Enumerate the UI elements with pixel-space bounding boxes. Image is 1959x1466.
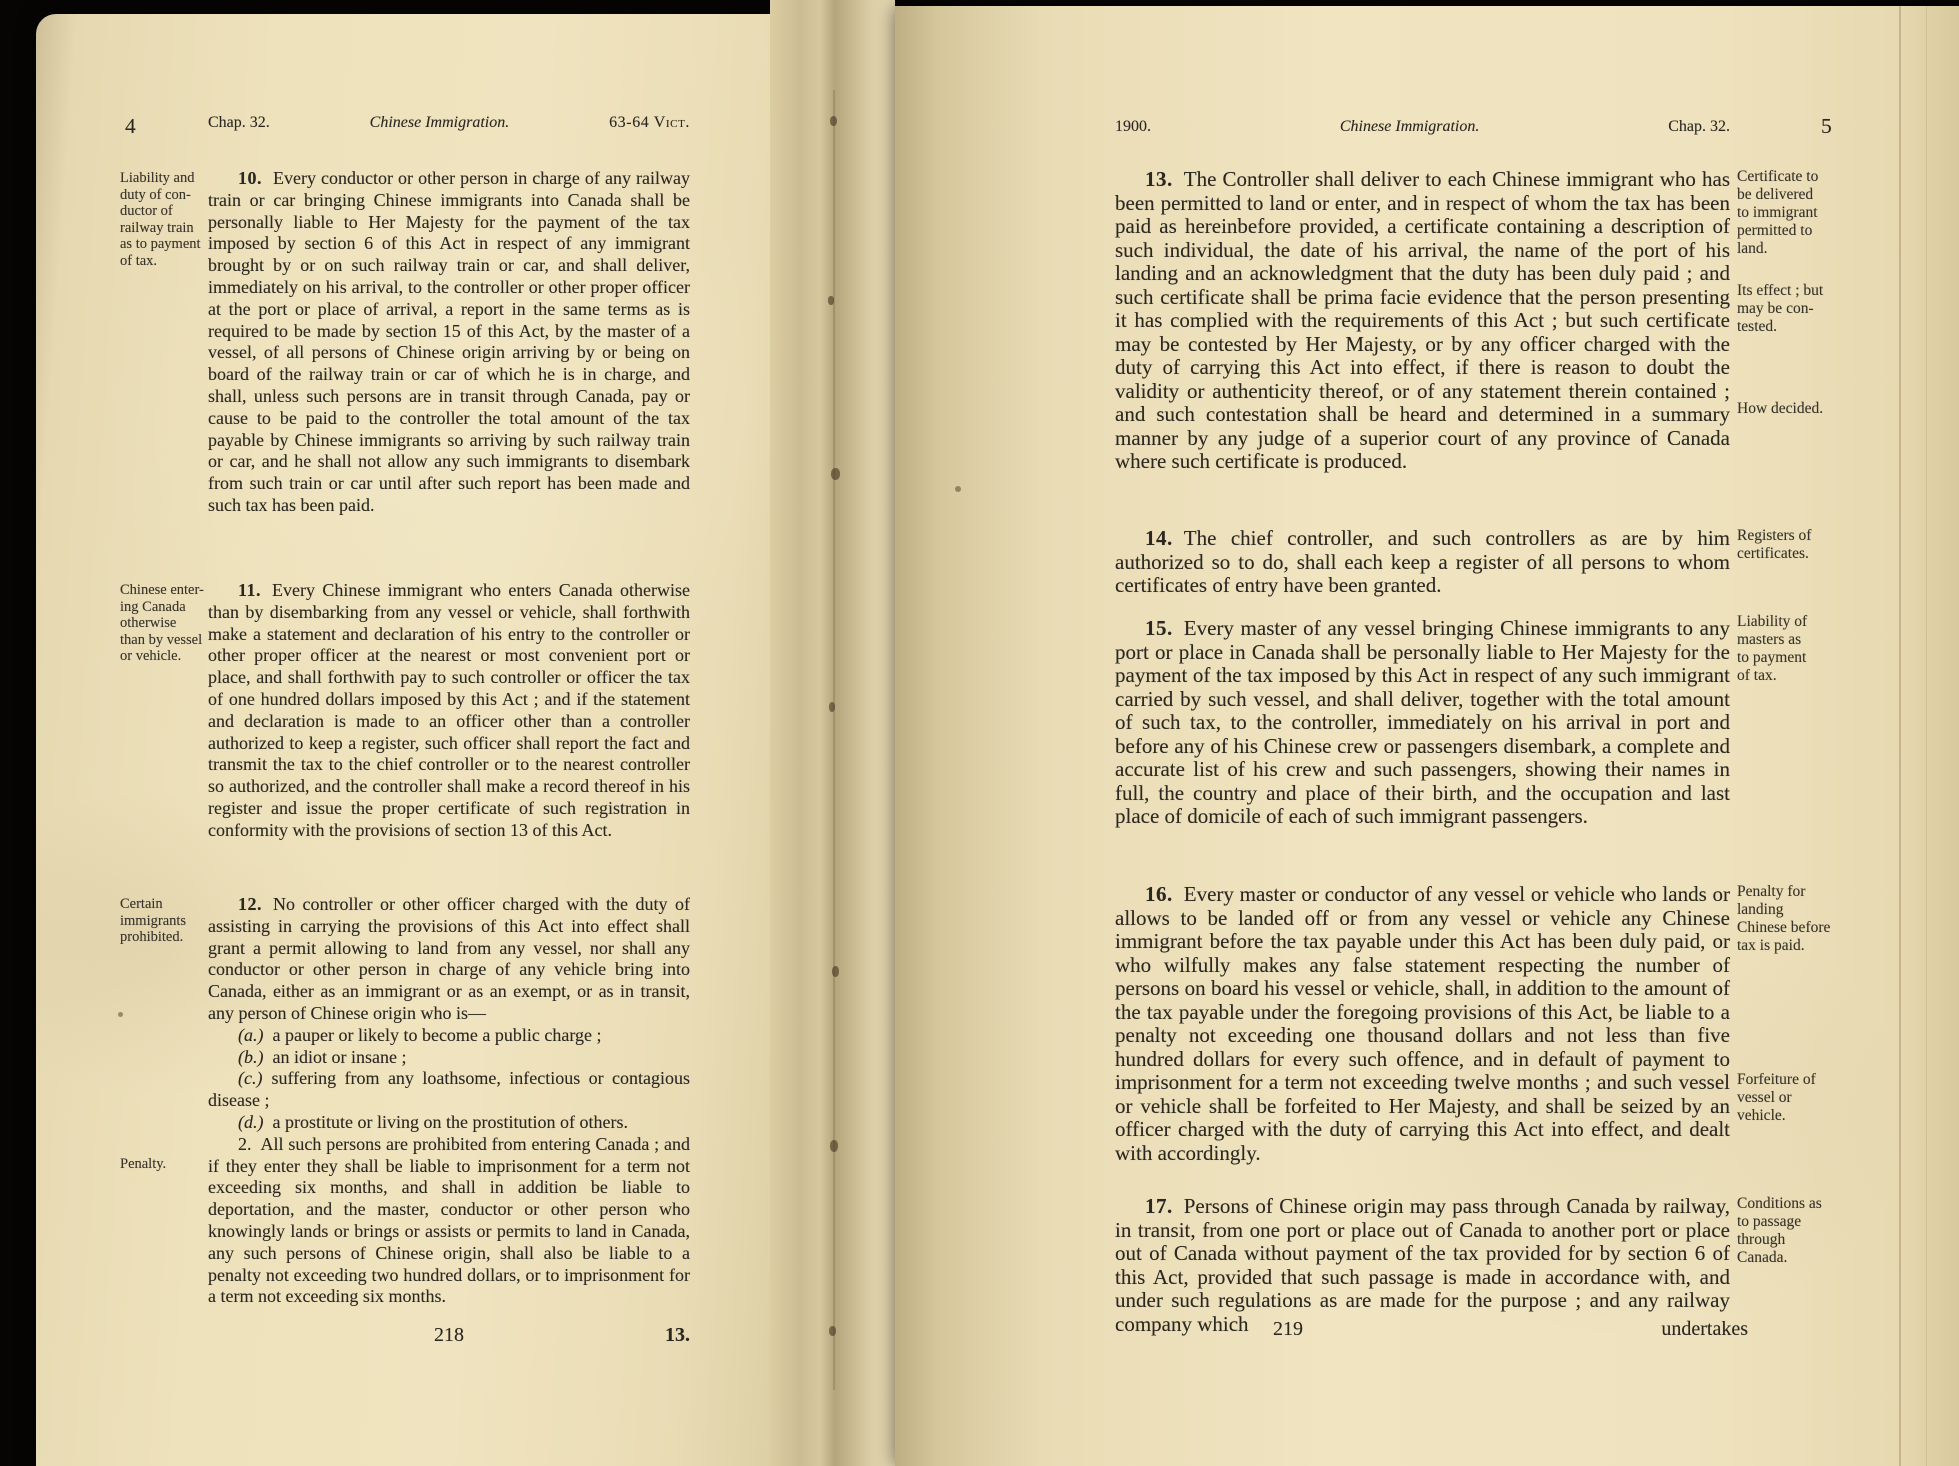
section-text: The chief controller, and such controlle… (1115, 526, 1730, 597)
section-13: 13.The Controller shall deliver to each … (1115, 168, 1730, 474)
section-14: 14.The chief controller, and such contro… (1115, 527, 1730, 598)
section-paragraph: 11.Every Chinese immigrant who enters Ca… (208, 580, 690, 842)
item-text: an idiot or insane ; (273, 1047, 407, 1067)
margin-note: Its effect ; but may be con- tested. (1737, 282, 1859, 336)
section-text: Every conductor or other person in charg… (208, 168, 690, 515)
item-label: (a.) (238, 1025, 264, 1045)
binding-stitch-mark (828, 296, 834, 305)
section-paragraph: 17.Persons of Chinese origin may pass th… (1115, 1195, 1730, 1336)
left-page: 4 Chap. 32. Chinese Immigration. 63-64 V… (36, 14, 770, 1466)
list-item: (c.)suffering from any loathsome, infect… (208, 1068, 690, 1112)
binding-stitch-mark (829, 702, 835, 712)
subsection-paragraph: 2.All such persons are prohibited from e… (208, 1134, 690, 1308)
margin-note: Registers of certificates. (1737, 527, 1859, 563)
margin-note: How decided. (1737, 400, 1859, 418)
item-label: (b.) (238, 1047, 264, 1067)
section-number: 14. (1145, 526, 1173, 550)
section-16: 16.Every master or conductor of any vess… (1115, 883, 1730, 1165)
binding-stitch-mark (830, 1140, 838, 1152)
header-year: 1900. (1115, 118, 1151, 136)
section-paragraph: 14.The chief controller, and such contro… (1115, 527, 1730, 598)
section-number: 12. (238, 894, 262, 914)
section-number: 17. (1145, 1194, 1173, 1218)
section-paragraph: 13.The Controller shall deliver to each … (1115, 168, 1730, 474)
page-edge-line (1899, 6, 1901, 1466)
item-text: a pauper or likely to become a public ch… (273, 1025, 602, 1045)
section-paragraph: 16.Every master or conductor of any vess… (1115, 883, 1730, 1165)
paper-speck (955, 486, 961, 492)
header-page-number: 5 (1821, 114, 1832, 139)
list-item: (d.)a prostitute or living on the prosti… (208, 1112, 690, 1134)
item-text: a prostitute or living on the prostituti… (273, 1112, 628, 1132)
margin-note: Chinese enter- ing Canada otherwise than… (120, 582, 222, 665)
header-citation: 63-64 Vict. (609, 114, 690, 132)
page-footer: 219 undertakes (1115, 1318, 1730, 1344)
header-chapter: Chap. 32. (208, 114, 270, 132)
section-number: 16. (1145, 882, 1173, 906)
binding-stitch-mark (832, 966, 839, 977)
margin-note: Conditions as to passage through Canada. (1737, 1195, 1859, 1267)
footer-page-number: 219 (1273, 1318, 1303, 1341)
header-chapter: Chap. 32. (1668, 118, 1730, 136)
section-17: 17.Persons of Chinese origin may pass th… (1115, 1195, 1730, 1336)
section-12: 12.No controller or other officer charge… (208, 894, 690, 1308)
footer-page-number: 218 (208, 1324, 690, 1347)
section-text: Every master of any vessel bringing Chin… (1115, 616, 1730, 828)
running-title: Chinese Immigration. (370, 114, 510, 132)
binding-thread (833, 90, 835, 1390)
subsection-number: 2. (238, 1134, 252, 1154)
page-edge-line (1926, 6, 1927, 1466)
binding-stitch-mark (831, 468, 840, 480)
right-page: 1900. Chinese Immigration. Chap. 32. 5 C… (895, 6, 1959, 1466)
header-page-number: 4 (125, 114, 136, 139)
section-text: Every master or conductor of any vessel … (1115, 882, 1730, 1165)
margin-note: Forfeiture of vessel or vehicle. (1737, 1071, 1859, 1125)
margin-note: Penalty. (120, 1156, 222, 1173)
book-scan: 4 Chap. 32. Chinese Immigration. 63-64 V… (0, 0, 1959, 1466)
section-11: 11.Every Chinese immigrant who enters Ca… (208, 580, 690, 842)
margin-note: Penalty for landing Chinese before tax i… (1737, 883, 1859, 955)
section-15: 15.Every master of any vessel bringing C… (1115, 617, 1730, 829)
item-text: suffering from any loathsome, infectious… (208, 1068, 690, 1110)
section-paragraph: 10.Every conductor or other person in ch… (208, 168, 690, 517)
margin-note: Certificate to be delivered to immigrant… (1737, 168, 1859, 258)
section-text: Every Chinese immigrant who enters Canad… (208, 580, 690, 840)
item-label: (d.) (238, 1112, 264, 1132)
section-number: 15. (1145, 616, 1173, 640)
section-number: 11. (238, 580, 261, 600)
binding-stitch-mark (829, 1326, 836, 1336)
margin-note: Certain immigrants prohibited. (120, 896, 222, 946)
section-paragraph: 12.No controller or other officer charge… (208, 894, 690, 1025)
subsection-text: All such persons are prohibited from ent… (208, 1134, 690, 1307)
page-footer: 218 13. (208, 1324, 690, 1350)
page-header: 1900. Chinese Immigration. Chap. 32. (1115, 118, 1730, 136)
item-label: (c.) (238, 1068, 262, 1088)
list-item: (b.)an idiot or insane ; (208, 1047, 690, 1069)
margin-note: Liability of masters as to payment of ta… (1737, 613, 1859, 685)
binding-stitch-mark (830, 116, 837, 126)
section-text: Persons of Chinese origin may pass throu… (1115, 1194, 1730, 1336)
list-item: (a.)a pauper or likely to become a publi… (208, 1025, 690, 1047)
section-10: 10.Every conductor or other person in ch… (208, 168, 690, 517)
section-text: The Controller shall deliver to each Chi… (1115, 167, 1730, 473)
section-number: 10. (238, 168, 262, 188)
margin-note: Liability and duty of con- ductor of rai… (120, 170, 222, 269)
section-paragraph: 15.Every master of any vessel bringing C… (1115, 617, 1730, 829)
catchword: undertakes (1661, 1318, 1748, 1341)
running-title: Chinese Immigration. (1340, 118, 1480, 136)
catchword: 13. (665, 1324, 690, 1347)
section-text: No controller or other officer charged w… (208, 894, 690, 1023)
page-header: Chap. 32. Chinese Immigration. 63-64 Vic… (208, 114, 690, 132)
section-number: 13. (1145, 167, 1173, 191)
paper-speck (118, 1012, 123, 1017)
